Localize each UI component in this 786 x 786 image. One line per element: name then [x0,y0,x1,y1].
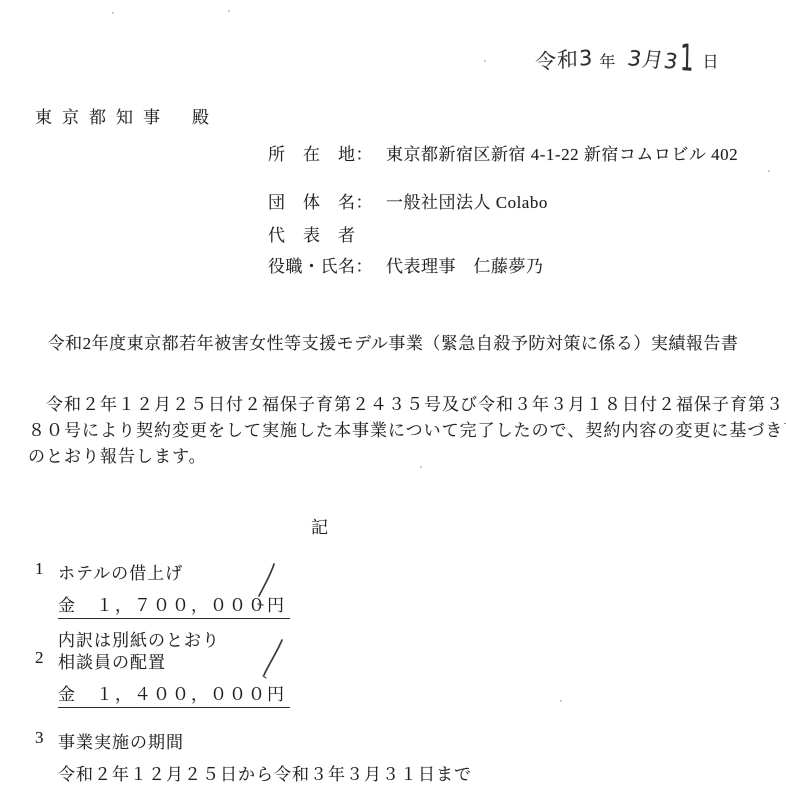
day-suffix: 日 [703,54,720,71]
sender-representative-label: 代 表 者 [268,221,386,246]
sender-address-row: 所 在 地：東京都新宿区新宿 4-1-22 新宿コムロビル 402 [268,140,738,165]
item-period-value: 令和２年１２月２５日から令和３年３月３１日まで [58,760,472,785]
sender-role-name-row: 役職・氏名：代表理事 仁藤夢乃 [268,252,544,277]
handwritten-era-year: 令和3 [535,41,594,76]
document-date: 令和3年3月31日 [535,44,720,74]
body-paragraph: 令和２年１２月２５日付２福保子育第２４３５号及び令和３年３月１８日付２福保子育第… [28,392,768,470]
sender-representative-row: 代 表 者 [268,221,386,246]
scan-speckle [560,700,562,702]
body-line: 令和２年１２月２５日付２福保子育第２４３５号及び令和３年３月１８日付２福保子育第… [28,392,768,418]
item-title: ホテルの借上げ [58,559,183,584]
sender-role-name-label: 役職・氏名： [268,252,386,277]
sender-orgname-value: 一般社団法人 Colabo [386,193,548,212]
report-item-period: 3 事業実施の期間 令和２年１２月２５日から令和３年３月３１日まで [35,728,472,785]
handwritten-day-digit: 1 [680,37,694,80]
body-line: のとおり報告します。 [28,444,768,470]
item-title: 事業実施の期間 [58,728,184,753]
handwritten-month-day: 3月3 [626,42,682,75]
document-title: 令和2年度東京都若年被害女性等支援モデル事業（緊急自殺予防対策に係る）実績報告書 [0,329,786,354]
scanned-document-page: 令和3年3月31日 東京都知事殿 所 在 地：東京都新宿区新宿 4-1-22 新… [0,0,786,786]
item-number: 1 [35,559,58,584]
addressee-honorific: 殿 [192,108,209,127]
scan-speckle [484,60,486,62]
body-line: ８０号により契約変更をして実施した本事業について完了したので、契約内容の変更に基… [28,418,768,444]
sender-orgname-row: 団 体 名：一般社団法人 Colabo [268,188,548,213]
addressee-line: 東京都知事殿 [35,103,209,128]
item-number: 3 [35,728,58,753]
record-marker: 記 [311,513,328,538]
scan-speckle [228,10,230,12]
scan-speckle [768,170,770,172]
item-title: 相談員の配置 [58,648,166,673]
sender-orgname-label: 団 体 名： [268,188,386,213]
scan-speckle [112,12,114,14]
item-head: 3 事業実施の期間 [35,728,472,753]
scan-speckle [420,466,422,468]
item-number: 2 [35,648,58,673]
pen-slash-mark [252,632,288,692]
sender-role-name-value: 代表理事 仁藤夢乃 [386,257,544,276]
addressee-name: 東京都知事 [35,108,170,127]
sender-address-label: 所 在 地： [268,140,386,165]
sender-address-value: 東京都新宿区新宿 4-1-22 新宿コムロビル 402 [386,145,738,164]
year-suffix: 年 [599,54,616,71]
pen-slash-mark [248,558,282,614]
